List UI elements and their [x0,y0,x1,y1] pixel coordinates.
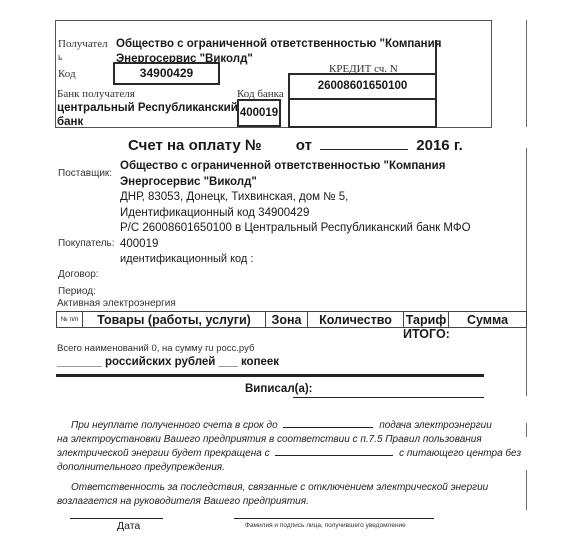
notice-text: При неуплате полученного счета в срок до [71,420,278,431]
summary-count: Всего наименований 0, на сумму ru росс.р… [57,343,254,354]
buyer-id-code-label: идентификационный код : [120,253,253,265]
issued-by-line [293,397,484,398]
invoice-year: 2016 г. [416,137,462,154]
recipient-label-line2: ь [58,51,108,64]
kopecks-blank: ___ [219,356,238,368]
supplier-name-line1: Общество с ограниченной ответственностью… [120,159,471,175]
notice-text: электрической энергии будет прекращена с [57,448,270,459]
supplier-name-line2: Энергосервис "Виколд" [120,175,471,191]
summary-amount: _______ российских рублей ___ копеек [57,356,279,368]
bank-label: Банк получателя [57,88,135,100]
rubles-label: российских рублей [105,356,215,368]
issued-by-label: Виписал(а): [245,383,313,395]
code-label: Код [58,68,76,80]
col-header-zone: Зона [266,312,308,328]
rubles-blank: _______ [57,356,102,368]
signer-signature-line [234,518,434,519]
responsibility-line2: возлагается на руководителя Вашего предп… [57,495,527,509]
summary-divider [56,374,484,377]
invoice-title: Счет на оплату № от 2016 г. [128,137,463,154]
notice-line4: дополнительного предупреждения. [57,461,527,475]
bank-name-line2: банк [57,115,238,129]
recipient-name-line1: Общество с ограниченной ответственностью… [116,37,441,52]
responsibility-line1: Ответственность за последствия, связанны… [57,481,527,495]
total-label: ИТОГО: [403,327,450,341]
col-header-quantity: Количество [308,312,404,328]
bank-name: центральный Республиканский банк [57,101,238,129]
signer-label: Фамилия и подпись лица, получившего увед… [245,522,406,529]
bank-code-box: 400019 [237,99,281,127]
recipient-label-line1: Получател [58,38,108,51]
credit-box-topline [435,40,437,75]
col-header-goods: Товары (работы, услуги) [83,312,266,328]
date-signature-line [70,518,163,519]
notice-text: подача электроэнергии [379,420,492,431]
code-value-box: 34900429 [113,62,220,85]
supplier-block: Общество с ограниченной ответственностью… [120,159,471,252]
credit-account-box: 26008601650100 [288,73,437,100]
cutoff-date-blank [275,455,393,456]
notice-line2: на электроустановки Вашего предприятия в… [57,433,527,447]
table-header-row: № п/п Товары (работы, услуги) Зона Колич… [57,312,527,328]
date-label: Дата [117,520,140,532]
supplier-id-code: Идентификационный код 34900429 [120,206,471,222]
period-label: Период: [58,286,96,297]
supplier-mfo: 400019 [120,237,471,253]
kopecks-label: копеек [241,356,279,368]
invoice-title-text: Счет на оплату № [128,137,262,154]
service-label: Активная электроэнергия [57,298,176,309]
notice-line1: При неуплате полученного счета в срок до… [57,419,527,433]
col-header-number: № п/п [57,312,83,328]
code-value: 34900429 [140,66,193,80]
responsibility-notice: Ответственность за последствия, связанны… [57,481,527,509]
invoice-date-blank [320,138,408,150]
supplier-label: Поставщик: [58,168,112,179]
nonpayment-notice: При неуплате полученного счета в срок до… [57,419,527,475]
recipient-label: Получател ь [58,38,108,64]
supplier-account: Р/С 26008601650100 в Центральный Республ… [120,221,471,237]
goods-table: № п/п Товары (работы, услуги) Зона Колич… [56,311,527,328]
margin-line [526,20,527,127]
notice-line3: электрической энергии будет прекращена с… [57,447,527,461]
col-header-sum: Сумма [449,312,527,328]
deadline-blank [283,427,373,428]
bank-code-value: 400019 [240,107,278,119]
contract-label: Договор: [58,269,99,280]
buyer-label: Покупатель: [58,238,115,249]
bank-name-line1: центральный Республиканский [57,101,238,115]
margin-line [526,148,527,396]
supplier-address: ДНР, 83053, Донецк, Тихвинская, дом № 5, [120,190,471,206]
invoice-date-prefix: от [296,137,312,154]
col-header-tariff: Тариф [404,312,449,328]
credit-account-box-2 [288,98,437,128]
notice-text: с питающего центра без [399,448,521,459]
credit-account-value: 26008601650100 [318,80,408,92]
